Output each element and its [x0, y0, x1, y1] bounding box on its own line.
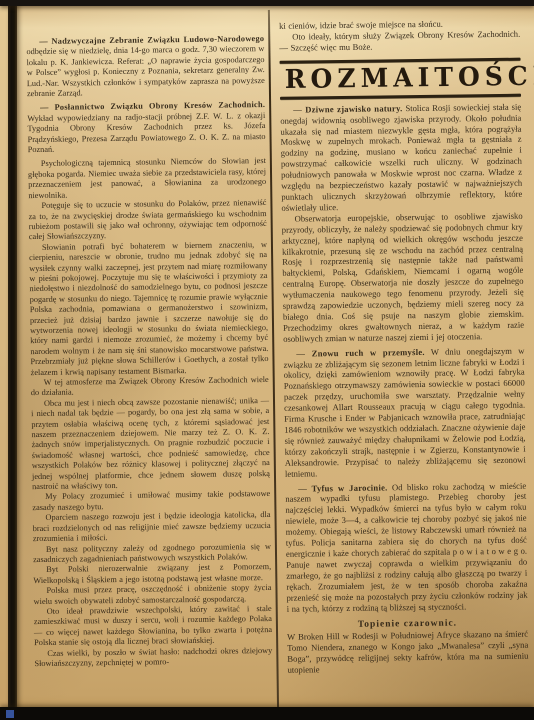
- news-item-text: W dniu onegdajszym w związku ze zbliżają…: [283, 345, 525, 478]
- printed-area: — Nadzwyczajne Zebranie Związku Ludowo-N…: [0, 0, 534, 720]
- news-item-text: Stolica Rosji sowieckiej stała się onegd…: [280, 101, 522, 212]
- paragraph-text: Czas wielki, by poszło w świat hasło: na…: [34, 646, 272, 669]
- paragraph-text: My Polacy zrozumieć i umiłować musimy ta…: [32, 489, 270, 512]
- paragraph-text: Oto ideał prawdziwie wszechpolski, który…: [34, 604, 272, 647]
- paragraph: Potęguje się to uczucie w stosunku do Po…: [28, 198, 267, 243]
- right-column: ki cieniów, idzie brać swoje miejsce na …: [279, 18, 529, 676]
- continuation-paragraph: Oto ideały, którym służy Związek Obrony …: [279, 29, 520, 54]
- scan-edge-top: [0, 0, 534, 6]
- left-column: — Nadzwyczajne Zebranie Związku Ludowo-N…: [26, 30, 272, 669]
- paragraph-text: Obca mu jest i niech obcą zawsze pozosta…: [31, 396, 270, 491]
- paragraph-text: Obserwatorja europejskie, obserwując to …: [282, 210, 524, 343]
- scan-edge-bottom: [0, 707, 534, 720]
- news-item-text: odbędzie się w niedzielę, dnia 14-go mar…: [26, 44, 265, 98]
- paragraph: Czas wielki, by poszło w świat hasło: na…: [34, 646, 272, 670]
- news-item-text: Wykład wypowiedziany na radjo-stacji pró…: [27, 111, 265, 154]
- news-item-lead: — Dziwne zjawisko natury.: [293, 103, 402, 114]
- paragraph-text: Polska musi przez pracę, oszczędność i o…: [34, 583, 272, 606]
- paragraph: Obserwatorja europejskie, obserwując to …: [282, 210, 525, 344]
- news-item: — Tyfus w Jarocinie. Od blisko roku zach…: [285, 480, 528, 614]
- paragraph: Oparciem naszego rozwoju jest i będzie i…: [32, 510, 270, 544]
- paragraph-text: Słowianin potrafi być bohaterem w bierne…: [29, 240, 268, 377]
- news-item: — Posłannictwo Związku Obrony Kresów Zac…: [27, 100, 266, 155]
- paragraph: Słowianin potrafi być bohaterem w bierne…: [29, 240, 269, 378]
- paragraph-text: W tej atmosferze ma Związek Obrony Kresó…: [31, 375, 269, 398]
- paragraph: W Broken Hill w Rodesji w Południowej Af…: [287, 629, 529, 676]
- paragraph: Oto ideał prawdziwie wszechpolski, który…: [34, 604, 273, 649]
- news-item-lead: — Tyfus w Jarocinie.: [298, 482, 387, 493]
- section-title: ROZMAITOŚCI: [280, 60, 521, 97]
- paragraph: Obca mu jest i niech obcą zawsze pozosta…: [31, 396, 270, 493]
- scan-artifact-blue-square: [6, 710, 14, 718]
- news-item-text: Od blisko roku zachodzą w mieście naszem…: [285, 480, 527, 613]
- newspaper-scan-paper: — Nadzwyczajne Zebranie Związku Ludowo-N…: [0, 0, 534, 720]
- paragraph: Psychologiczną tajemnicą stosunku Niemcó…: [28, 156, 267, 201]
- paragraph-text: Oparciem naszego rozwoju jest i będzie i…: [33, 510, 271, 543]
- news-item-lead: — Znowu ruch w przemyśle.: [296, 347, 425, 359]
- scan-gutter-shadow: [8, 4, 17, 716]
- paragraph-text: Potęguje się to uczucie w stosunku do Po…: [29, 198, 267, 241]
- section-heading-block: ROZMAITOŚCI: [280, 57, 521, 99]
- news-item: — Znowu ruch w przemyśle. W dniu onegdaj…: [283, 345, 526, 479]
- adjacent-page-edge: [0, 4, 8, 716]
- paragraph-text: W Broken Hill w Rodesji w Południowej Af…: [287, 629, 528, 675]
- news-item: — Nadzwyczajne Zebranie Związku Ludowo-N…: [26, 34, 265, 100]
- news-item: — Dziwne zjawisko natury. Stolica Rosji …: [280, 101, 522, 213]
- paragraph-text: Byt Polski nierozerwalnie związany jest …: [33, 562, 271, 585]
- paragraph-text: Oto ideały, którym służy Związek Obrony …: [279, 29, 520, 53]
- paragraph-text: Byt nasz polityczny zależy od zgodnego p…: [33, 541, 271, 564]
- paragraph-text: Psychologiczną tajemnicą stosunku Niemcó…: [28, 156, 266, 199]
